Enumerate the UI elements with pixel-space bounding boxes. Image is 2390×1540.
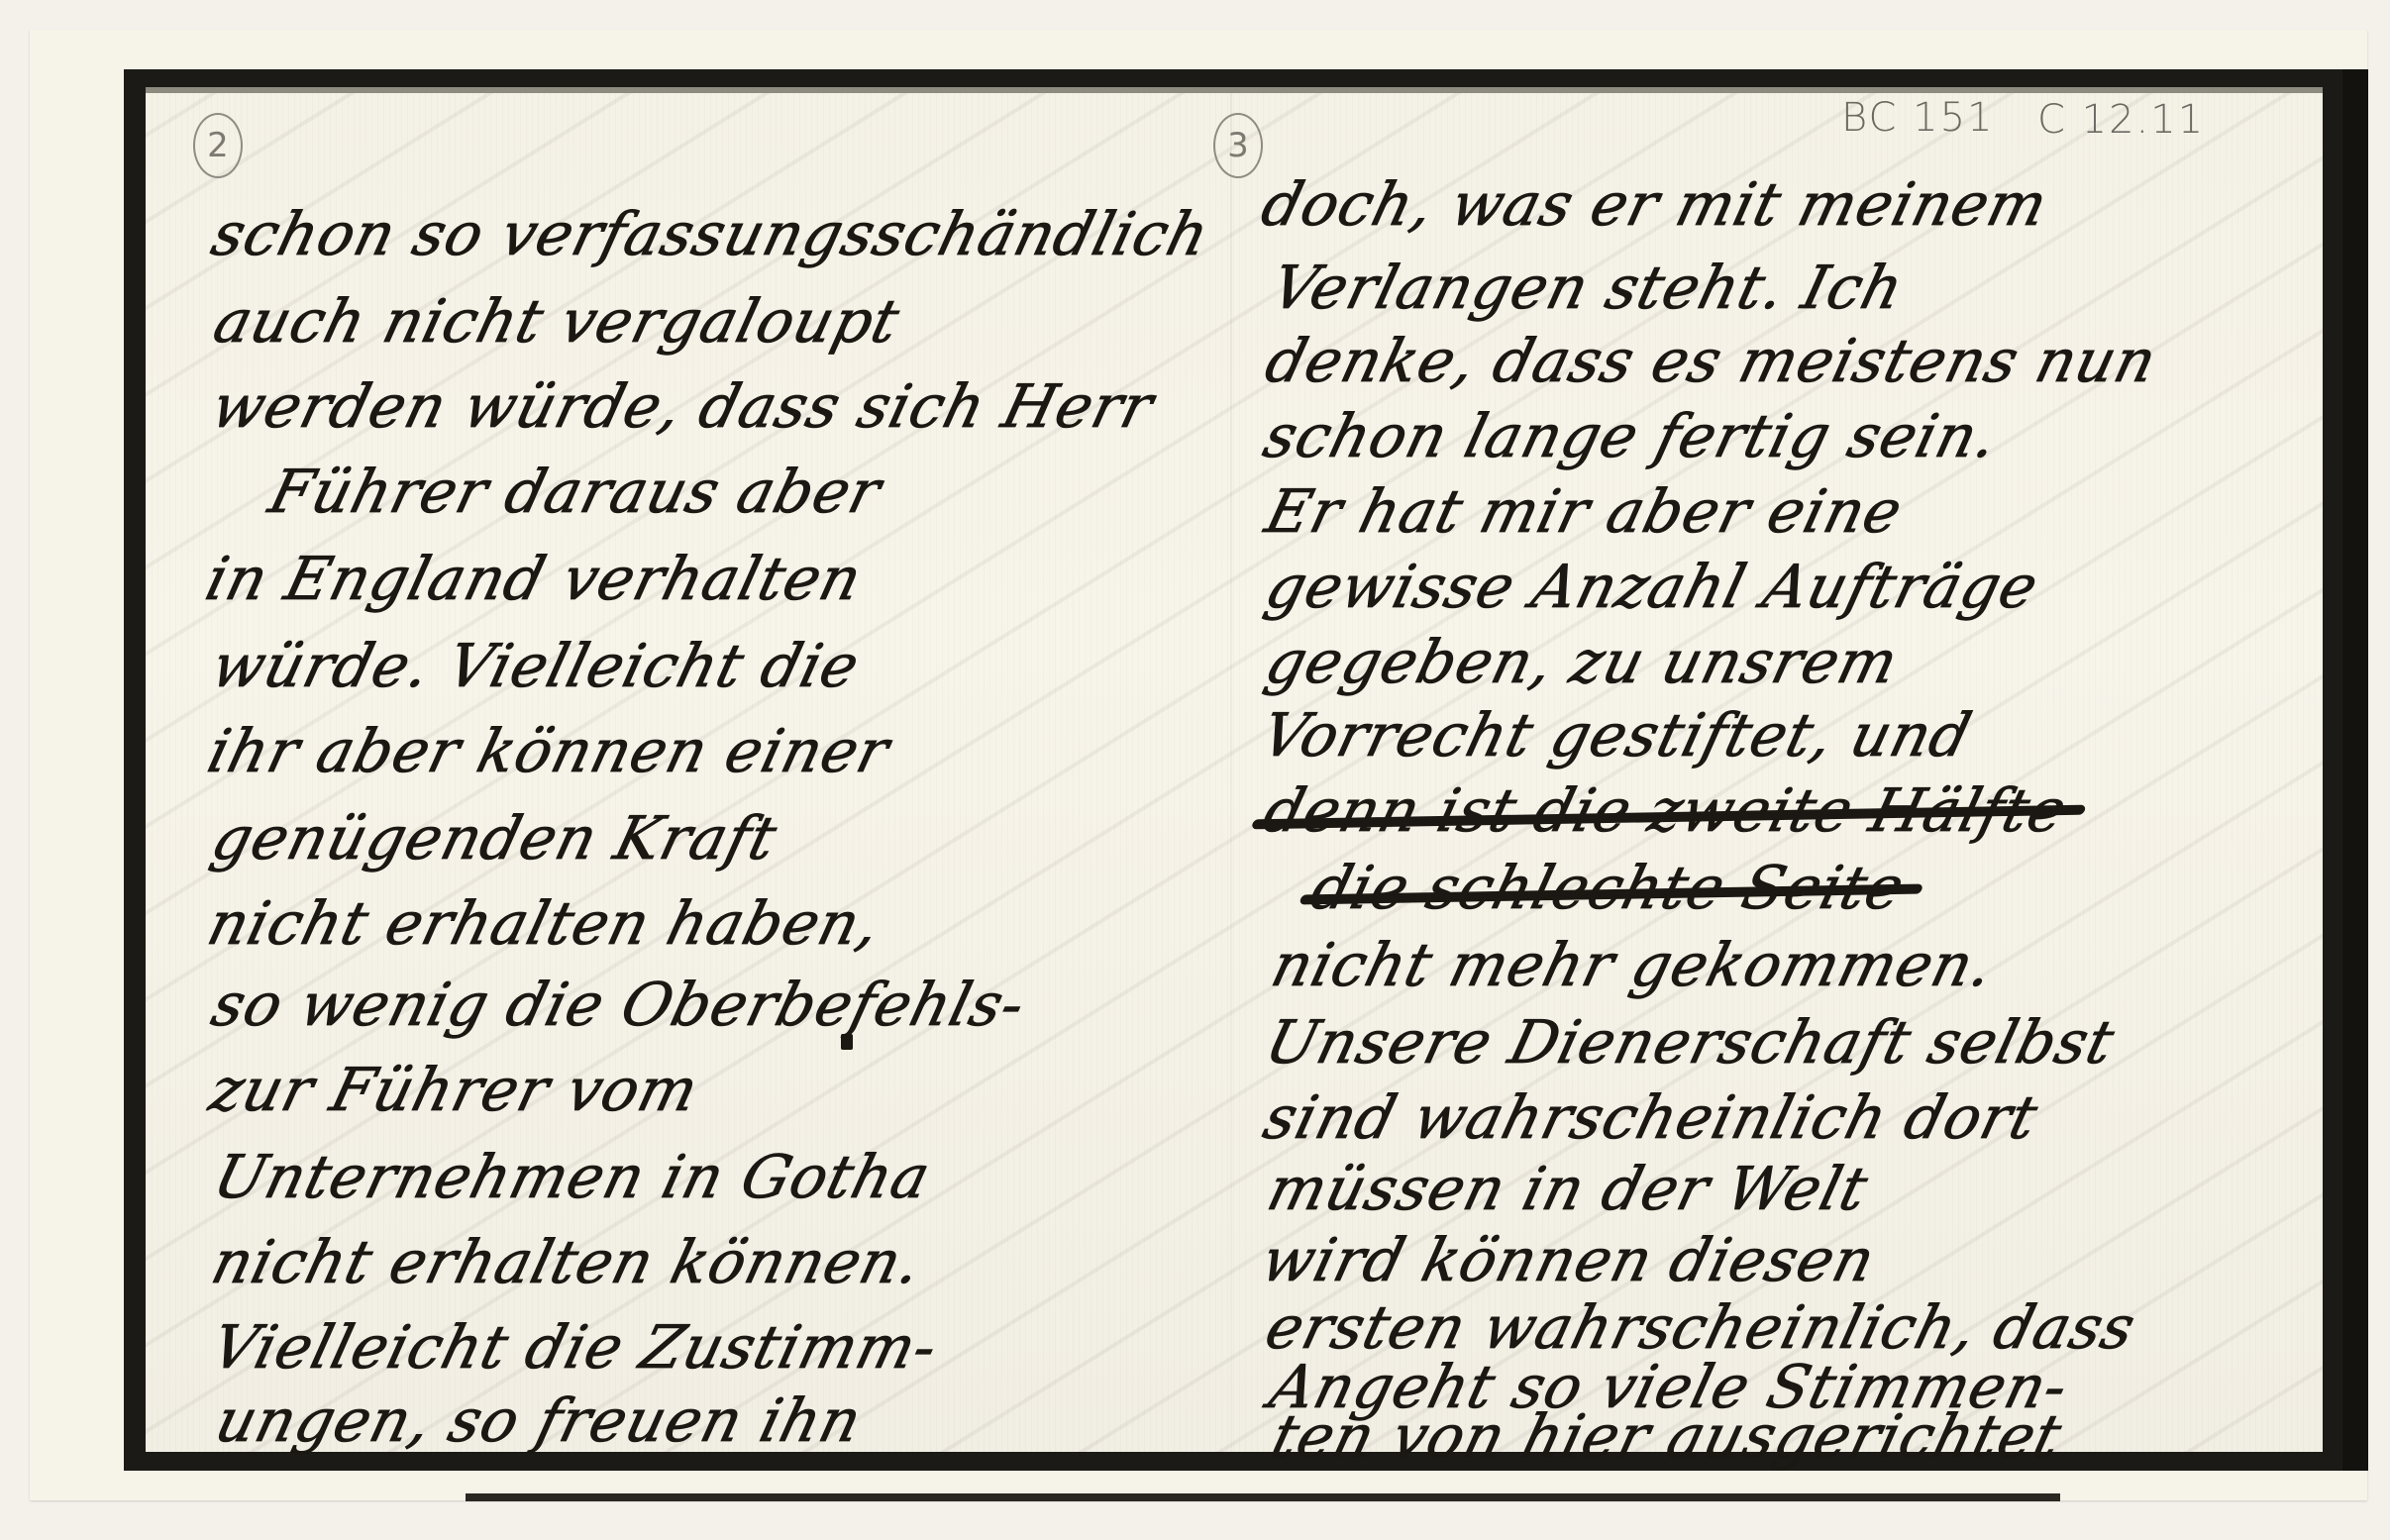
handwritten-line: würde. Vielleicht die — [205, 632, 867, 701]
handwritten-line: Führer daraus aber — [262, 458, 888, 527]
struck-through-line: denn ist die zweite Hälfte — [1257, 776, 2074, 846]
page-number-3: 3 — [1213, 113, 1263, 178]
handwritten-line: denke, dass es meistens nun — [1259, 327, 2164, 396]
page-3: 3 doch, was er mit meinem Verlangen steh… — [1235, 93, 2323, 1452]
handwritten-line: Vielleicht die Zustimm- — [205, 1313, 945, 1383]
handwritten-line: Vorrecht gestiftet, und — [1255, 701, 1978, 770]
handwritten-line: sind wahrscheinlich dort — [1257, 1083, 2044, 1153]
handwritten-line: ihr aber können einer — [201, 717, 896, 786]
handwritten-line: auch nicht vergaloupt — [207, 287, 906, 357]
handwritten-line: ungen, so freuen ihn — [209, 1386, 869, 1456]
handwritten-line: Er hat mir aber eine — [1259, 477, 1910, 547]
handwritten-line: schon lange fertig sein. — [1257, 402, 2005, 471]
bottom-edge-strip — [466, 1493, 2060, 1501]
letter-sheet: BC 151 C 12.11 2 schon so verfassungssch… — [146, 87, 2323, 1452]
handwritten-line: nicht erhalten können. — [205, 1228, 929, 1297]
handwritten-line: nicht erhalten haben, — [201, 889, 887, 959]
page-2: 2 schon so verfassungsschändlich auch ni… — [146, 93, 1225, 1452]
handwritten-line: so wenig die Oberbefehls- — [205, 971, 1032, 1040]
handwritten-line: nicht mehr gekommen. — [1265, 931, 2001, 1000]
handwritten-line: gegeben, zu unsrem — [1259, 628, 1905, 697]
center-fold — [1230, 93, 1232, 1452]
handwritten-line: doch, was er mit meinem — [1255, 170, 2055, 240]
page-number-2: 2 — [193, 113, 243, 178]
photostat-print: BC 151 C 12.11 2 schon so verfassungssch… — [124, 69, 2367, 1471]
photo-edge-shadow — [2342, 69, 2368, 1471]
handwritten-line: Unternehmen in Gotha — [207, 1143, 937, 1212]
struck-through-line: die schlechte Seite — [1304, 854, 1912, 923]
handwritten-line: Unsere Dienerschaft selbst — [1259, 1008, 2122, 1078]
handwritten-line: in England verhalten — [199, 545, 869, 614]
handwritten-line: Verlangen steht. Ich — [1265, 254, 1911, 323]
handwritten-line: wird können diesen — [1255, 1226, 1882, 1295]
handwritten-line: zur Führer vom — [203, 1056, 705, 1125]
photo-mount: BC 151 C 12.11 2 schon so verfassungssch… — [30, 30, 2367, 1500]
handwritten-line: müssen in der Welt — [1261, 1155, 1875, 1224]
handwritten-line: gewisse Anzahl Aufträge — [1259, 553, 2045, 622]
handwritten-line: werden würde, dass sich Herr — [205, 372, 1161, 442]
handwritten-line: genügenden Kraft — [205, 804, 783, 873]
handwritten-line: schon so verfassungsschändlich — [205, 200, 1216, 269]
ink-blot — [841, 1034, 853, 1050]
handwritten-line: ten von hier ausgerichtet — [1265, 1402, 2069, 1472]
